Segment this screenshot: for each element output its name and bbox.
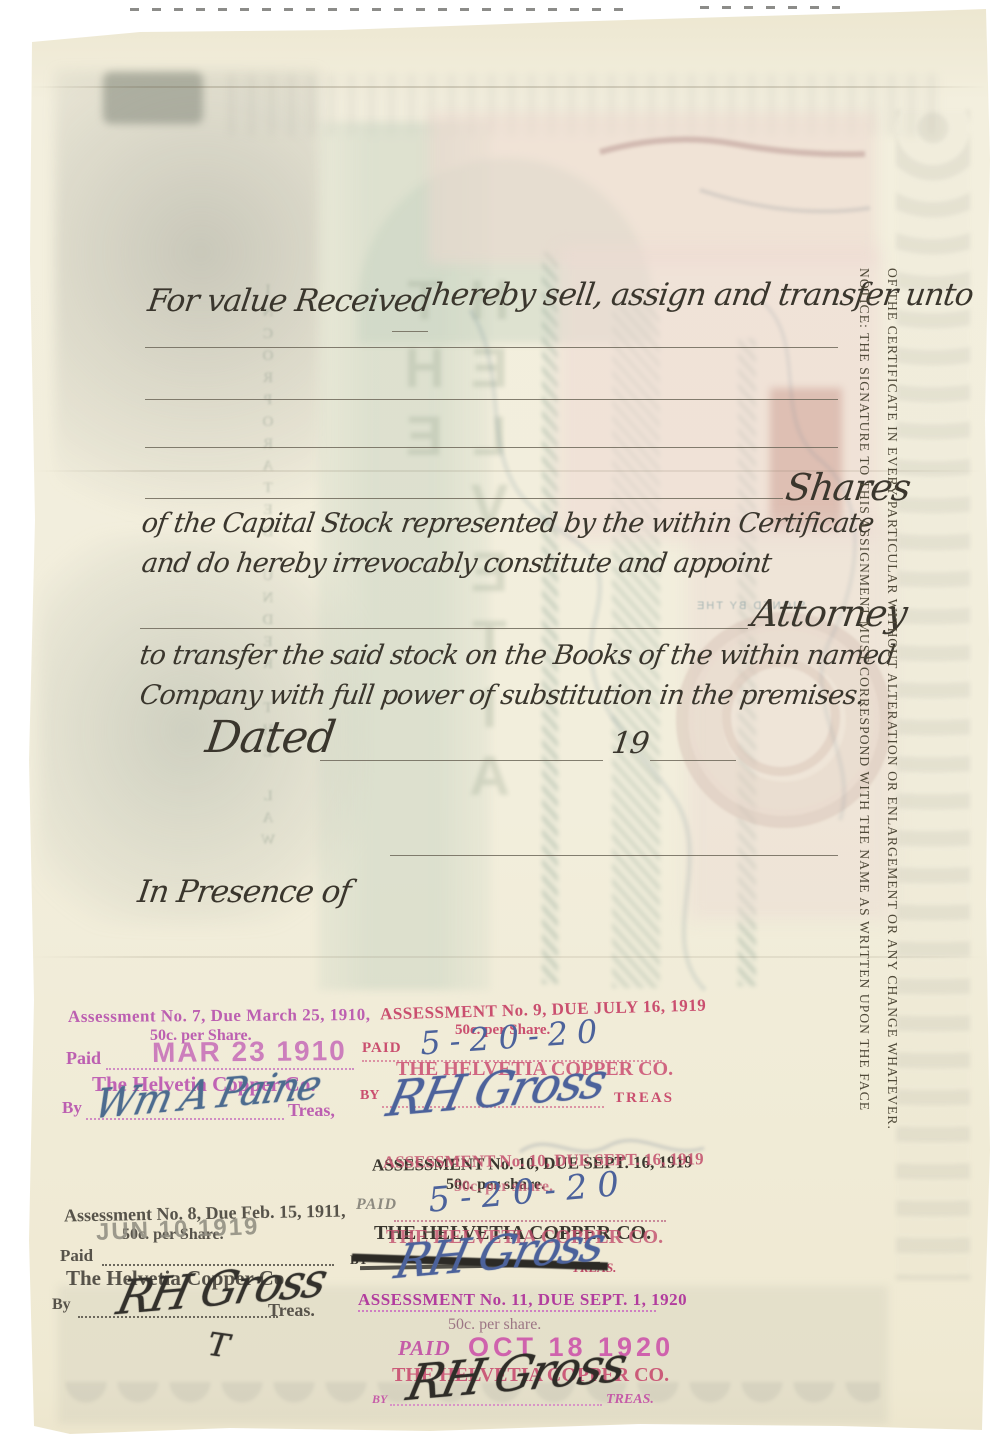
certificate-back-scan: THE HELVETIA INCORPORATED UNDER THE LAW …	[0, 0, 1000, 1443]
ghost-top-left-dark-ornament	[103, 72, 203, 124]
attorney-rule	[140, 628, 748, 629]
stamp11-title-dots	[358, 1310, 656, 1312]
clause-line-4: Company with full power of substitution …	[138, 680, 866, 711]
stamp9-by-label: BY	[360, 1088, 379, 1104]
clause-line-3: to transfer the said stock on the Books …	[138, 640, 897, 671]
stamp8-by-label: By	[52, 1296, 71, 1314]
write-in-rule	[145, 347, 838, 348]
stamp10-paid-label: PAID	[356, 1196, 397, 1214]
clause-line-1: of the Capital Stock represented by the …	[140, 508, 876, 539]
year-rule	[650, 760, 736, 761]
fold-crease	[30, 86, 986, 88]
stamp8-flourish: T	[205, 1325, 229, 1365]
dated-label: Dated	[202, 712, 338, 763]
write-in-rule	[145, 447, 838, 448]
ghost-seal-inner-ring	[722, 658, 840, 776]
stamp7-title: Assessment No. 7, Due March 25, 1910,	[68, 1005, 371, 1027]
blank-short-rule	[392, 331, 428, 332]
notice-line-2: OF THE CERTIFICATE IN EVERY PARTICULAR W…	[884, 268, 900, 968]
stamp8-paid-label: Paid	[60, 1246, 93, 1266]
stamp9-paid-label: PAID	[362, 1040, 402, 1057]
stamp11-title: ASSESSMENT No. 11, DUE SEPT. 1, 1920	[358, 1290, 687, 1310]
ghost-pink-top	[428, 112, 876, 264]
ghost-incorporated-text: INCORPORATED UNDER THE LAW	[260, 282, 277, 882]
paper-sheet: THE HELVETIA INCORPORATED UNDER THE LAW …	[0, 0, 1000, 1443]
stamp7-paid-label: Paid	[66, 1048, 101, 1069]
shares-rule	[145, 498, 783, 499]
notice-line-1: NOTICE: THE SIGNATURE TO THIS ASSIGNMENT…	[856, 268, 872, 968]
dated-rule	[320, 760, 603, 761]
stamp7-by-label: By	[62, 1098, 82, 1118]
witness-label: In Presence of	[135, 874, 352, 910]
scan-artifact	[700, 6, 840, 9]
clause-line-2: and do hereby irrevocably constitute and…	[140, 548, 773, 579]
scan-artifact	[130, 8, 630, 11]
stamp8-date-overstamp: JUN 10 1919	[96, 1213, 260, 1247]
assignment-opening-left: For value Received	[145, 283, 432, 319]
ghost-rope-column	[542, 252, 558, 984]
stamp9-treas-label: TREAS	[614, 1090, 674, 1107]
signature-rule	[390, 855, 838, 856]
stamp11-treas-label: TREAS.	[606, 1392, 654, 1408]
ghost-top-border-band	[230, 74, 940, 136]
ghost-company-name: THE HELVETIA	[392, 268, 522, 978]
fold-crease	[30, 956, 986, 958]
write-in-rule	[145, 399, 838, 400]
year-prefix: 19	[610, 726, 651, 761]
stamp10-title-red: ASSESSMENT No. 10, DUE SEPT. 16, 1919	[383, 1149, 704, 1172]
stamp11-by-label: BY	[372, 1392, 387, 1407]
